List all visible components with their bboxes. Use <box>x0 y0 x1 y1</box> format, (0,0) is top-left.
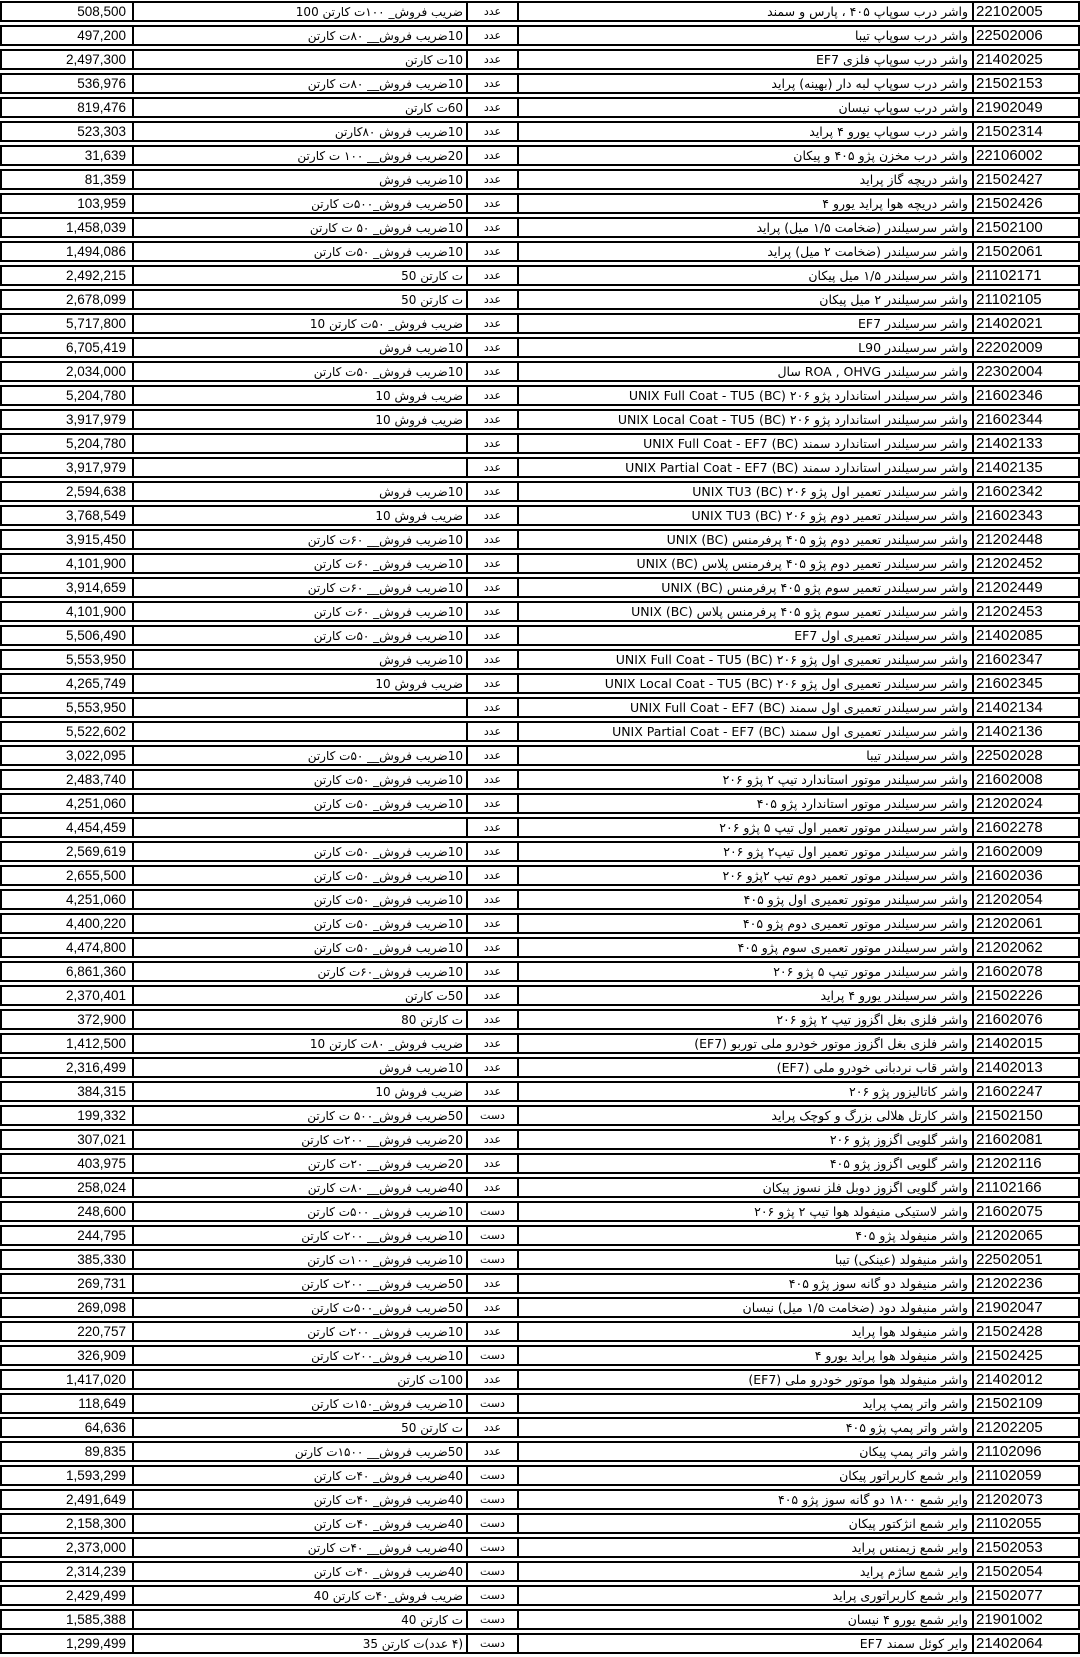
unit-cell: عدد <box>467 169 518 190</box>
description-cell: واشر سرسیلندر تعمیری اول پژو ۲۰۶ (BC) UN… <box>518 673 973 694</box>
packaging-cell <box>133 433 467 454</box>
table-row: 326,90910ضریب فروش_۲۰۰ت کارتندستواشر منی… <box>0 1345 1080 1366</box>
price-cell: 2,316,499 <box>0 1057 133 1078</box>
table-row: 523,30310ضریب فروش ۸۰کارتنعددواشر درب سو… <box>0 121 1080 142</box>
product-code-cell: 21202024 <box>973 793 1080 814</box>
table-row: 2,370,40150ت کارتنعددواشر سرسیلندر یورو … <box>0 985 1080 1006</box>
price-cell: 118,649 <box>0 1393 133 1414</box>
price-cell: 403,975 <box>0 1153 133 1174</box>
description-cell: واشر فلزی بغل اگزوز موتور خودرو ملی تورب… <box>518 1033 973 1054</box>
packaging-cell: 10ضریب فروش_ ۵۰ت کارتن <box>133 361 467 382</box>
description-cell: وایر شمع زیمنس پراید <box>518 1537 973 1558</box>
packaging-cell: 10ضریب فروش_ ۵۰ت کارتن <box>133 625 467 646</box>
unit-cell: عدد <box>467 697 518 718</box>
table-row: 307,02120ضریب فروش__ ۲۰۰ت کارتنعددواشر گ… <box>0 1129 1080 1150</box>
product-code-cell: 21502109 <box>973 1393 1080 1414</box>
product-code-cell: 21602345 <box>973 673 1080 694</box>
unit-cell: عدد <box>467 1297 518 1318</box>
price-cell: 5,553,950 <box>0 697 133 718</box>
description-cell: واشر سرسیلندر موتور تعمیری اول پژو ۴۰۵ <box>518 889 973 910</box>
table-row: 1,412,500ضریب فروش_ ۸۰ت کارتن 10عددواشر … <box>0 1033 1080 1054</box>
unit-cell: عدد <box>467 1273 518 1294</box>
unit-cell: عدد <box>467 457 518 478</box>
unit-cell: عدد <box>467 361 518 382</box>
packaging-cell: ت کارتن 80 <box>133 1009 467 1030</box>
price-cell: 2,569,619 <box>0 841 133 862</box>
table-row: 4,400,22010ضریب فروش_ ۵۰ت کارتنعددواشر س… <box>0 913 1080 934</box>
table-row: 2,314,23940ضریب فروش_ ۴۰ت کارتندستوایر ش… <box>0 1561 1080 1582</box>
unit-cell: عدد <box>467 241 518 262</box>
price-cell: 2,497,300 <box>0 49 133 70</box>
price-cell: 4,474,800 <box>0 937 133 958</box>
product-code-cell: 21202452 <box>973 553 1080 574</box>
description-cell: واشر سرسیلندر تیبا <box>518 745 973 766</box>
packaging-cell: 50ضریب فروش__ ۲۰۰ت کارتن <box>133 1273 467 1294</box>
price-cell: 523,303 <box>0 121 133 142</box>
product-code-cell: 21502054 <box>973 1561 1080 1582</box>
table-row: 3,917,979ضریب فروش 10عددواشر سرسیلندر اس… <box>0 409 1080 430</box>
price-table: 508,500ضریب فروش_ ۱۰۰ت کارتن 100عددواشر … <box>0 0 1080 1657</box>
price-cell: 3,915,450 <box>0 529 133 550</box>
table-row: 1,417,020100ت کارتنعددواشر منیفولد هوا م… <box>0 1369 1080 1390</box>
description-cell: واشر لاستیکی منیفولد هوا تیپ ۲ پژو ۲۰۶ <box>518 1201 973 1222</box>
unit-cell: عدد <box>467 337 518 358</box>
unit-cell: دست <box>467 1609 518 1630</box>
packaging-cell: ضریب فروش 10 <box>133 1081 467 1102</box>
packaging-cell <box>133 721 467 742</box>
description-cell: واشر سرسیلندر تعمیری اول سمند (BC) UNIX … <box>518 697 973 718</box>
price-cell: 2,370,401 <box>0 985 133 1006</box>
packaging-cell: 40ضریب فروش_ ۴۰ت کارتن <box>133 1513 467 1534</box>
product-code-cell: 21502053 <box>973 1537 1080 1558</box>
price-cell: 220,757 <box>0 1321 133 1342</box>
product-code-cell: 21602081 <box>973 1129 1080 1150</box>
product-code-cell: 21602247 <box>973 1081 1080 1102</box>
unit-cell: عدد <box>467 673 518 694</box>
description-cell: واشر منیفولد (عینکی) تیبا <box>518 1249 973 1270</box>
product-code-cell: 21402015 <box>973 1033 1080 1054</box>
price-cell: 3,022,095 <box>0 745 133 766</box>
unit-cell: عدد <box>467 49 518 70</box>
product-code-cell: 21502100 <box>973 217 1080 238</box>
product-code-cell: 21102059 <box>973 1465 1080 1486</box>
table-row: 403,97520ضریب فروش__ ۲۰ت کارتنعددواشر گل… <box>0 1153 1080 1174</box>
description-cell: واشر سرسیلندر موتور تیپ ۵ پژو ۲۰۶ <box>518 961 973 982</box>
price-cell: 269,098 <box>0 1297 133 1318</box>
table-row: 2,158,30040ضریب فروش_ ۴۰ت کارتندستوایر ش… <box>0 1513 1080 1534</box>
packaging-cell: 50ضریب فروش_۵۰۰ت کارتن <box>133 193 467 214</box>
description-cell: واشر منیفولد پژو ۴۰۵ <box>518 1225 973 1246</box>
unit-cell: عدد <box>467 121 518 142</box>
table-row: 4,251,06010ضریب فروش_ ۵۰ت کارتنعددواشر س… <box>0 793 1080 814</box>
price-cell: 269,731 <box>0 1273 133 1294</box>
product-code-cell: 21602344 <box>973 409 1080 430</box>
unit-cell: دست <box>467 1225 518 1246</box>
price-cell: 5,204,780 <box>0 433 133 454</box>
unit-cell: عدد <box>467 721 518 742</box>
price-cell: 64,636 <box>0 1417 133 1438</box>
description-cell: واشر سرسیلندر تعمیر دوم پژو ۲۰۶ (BC) UNI… <box>518 505 973 526</box>
table-row: 248,60010ضریب فروش_ ۵۰۰ت کارتندستواشر لا… <box>0 1201 1080 1222</box>
product-code-cell: 21102105 <box>973 289 1080 310</box>
unit-cell: دست <box>467 1105 518 1126</box>
packaging-cell: 100ت کارتن <box>133 1369 467 1390</box>
table-row: 2,594,63810ضریب فروشعددواشر سرسیلندر تعم… <box>0 481 1080 502</box>
price-cell: 2,158,300 <box>0 1513 133 1534</box>
packaging-cell: ت کارتن 50 <box>133 289 467 310</box>
table-row: 2,429,499ضریب فروش_۴۰ت کارتن 40دستوایر ش… <box>0 1585 1080 1606</box>
unit-cell: عدد <box>467 649 518 670</box>
table-row: 2,497,30010ت کارتنعددواشر درب سوپاپ فلزی… <box>0 49 1080 70</box>
table-row: 3,768,549ضریب فروش 10عددواشر سرسیلندر تع… <box>0 505 1080 526</box>
product-code-cell: 21402012 <box>973 1369 1080 1390</box>
description-cell: واشر دریچه هوا پراید یورو ۴ <box>518 193 973 214</box>
unit-cell: عدد <box>467 409 518 430</box>
description-cell: واشر واتر پمپ پیکان <box>518 1441 973 1462</box>
price-cell: 1,412,500 <box>0 1033 133 1054</box>
unit-cell: دست <box>467 1201 518 1222</box>
description-cell: واشر سرسیلندر ۲ میل پیکان <box>518 289 973 310</box>
description-cell: واشر سرسیلندر موتور تعمیر اول تیپ۲ پژو ۲… <box>518 841 973 862</box>
packaging-cell: 40ضریب فروش__ ۸۰ت کارتن <box>133 1177 467 1198</box>
description-cell: واشر درب سوپاپ لبه دار (بهینه) پراید <box>518 73 973 94</box>
table-row: 4,101,90010ضریب فروش_ ۶۰ت کارتنعددواشر س… <box>0 601 1080 622</box>
packaging-cell: 10ضریب فروش_۶۰ت کارتن <box>133 961 467 982</box>
table-row: 384,315ضریب فروش 10عددواشر کاتالیزور پژو… <box>0 1081 1080 1102</box>
price-cell: 2,655,500 <box>0 865 133 886</box>
price-cell: 3,917,979 <box>0 409 133 430</box>
product-code-cell: 21602075 <box>973 1201 1080 1222</box>
product-code-cell: 22502028 <box>973 745 1080 766</box>
packaging-cell: 10ضریب فروش_ ۱۰۰ت کارتن <box>133 1249 467 1270</box>
unit-cell: عدد <box>467 1369 518 1390</box>
price-table-body: 508,500ضریب فروش_ ۱۰۰ت کارتن 100عددواشر … <box>0 1 1080 1654</box>
packaging-cell: 10ضریب فروش <box>133 649 467 670</box>
packaging-cell: 40ضریب فروش_ ۴۰ت کارتن <box>133 1465 467 1486</box>
product-code-cell: 21502426 <box>973 193 1080 214</box>
description-cell: وایر شمع ۱۸۰۰ دو گانه سوز پژو ۴۰۵ <box>518 1489 973 1510</box>
unit-cell: عدد <box>467 577 518 598</box>
description-cell: واشر سرسیلندر استاندارد پژو ۲۰۶ (BC) UNI… <box>518 385 973 406</box>
table-row: 2,655,50010ضریب فروش_ ۵۰ت کارتنعددواشر س… <box>0 865 1080 886</box>
price-cell: 81,359 <box>0 169 133 190</box>
product-code-cell: 22102005 <box>973 1 1080 22</box>
table-row: 244,79510ضریب فروش__ ۲۰۰ت کارتندستواشر م… <box>0 1225 1080 1246</box>
product-code-cell: 21902049 <box>973 97 1080 118</box>
product-code-cell: 21202116 <box>973 1153 1080 1174</box>
table-row: 103,95950ضریب فروش_۵۰۰ت کارتنعددواشر دری… <box>0 193 1080 214</box>
table-row: 6,705,41910ضریب فروشعددواشر سرسیلندر L90… <box>0 337 1080 358</box>
description-cell: واشر سرسیلندر (ضخامت ۱/۵ میل) پراید <box>518 217 973 238</box>
product-code-cell: 21602342 <box>973 481 1080 502</box>
price-cell: 4,101,900 <box>0 553 133 574</box>
unit-cell: عدد <box>467 1081 518 1102</box>
product-code-cell: 21102055 <box>973 1513 1080 1534</box>
price-cell: 536,976 <box>0 73 133 94</box>
table-row: 2,034,00010ضریب فروش_ ۵۰ت کارتنعددواشر س… <box>0 361 1080 382</box>
price-cell: 326,909 <box>0 1345 133 1366</box>
unit-cell: عدد <box>467 481 518 502</box>
unit-cell: دست <box>467 1585 518 1606</box>
price-cell: 372,900 <box>0 1009 133 1030</box>
price-cell: 4,101,900 <box>0 601 133 622</box>
product-code-cell: 21202205 <box>973 1417 1080 1438</box>
price-cell: 3,768,549 <box>0 505 133 526</box>
packaging-cell: 20ضریب فروش__ ۲۰۰ت کارتن <box>133 1129 467 1150</box>
unit-cell: عدد <box>467 1177 518 1198</box>
price-cell: 248,600 <box>0 1201 133 1222</box>
product-code-cell: 21402021 <box>973 313 1080 334</box>
description-cell: واشر سرسیلندر استاندارد سمند (BC) UNIX F… <box>518 433 973 454</box>
price-cell: 2,034,000 <box>0 361 133 382</box>
product-code-cell: 21202449 <box>973 577 1080 598</box>
product-code-cell: 21602343 <box>973 505 1080 526</box>
unit-cell: عدد <box>467 1417 518 1438</box>
table-row: 220,75710ضریب فروش_ ۲۰۰ت کارتنعددواشر من… <box>0 1321 1080 1342</box>
unit-cell: عدد <box>467 601 518 622</box>
description-cell: واشر کارتل هلالی بزرگ و کوچک پراید <box>518 1105 973 1126</box>
unit-cell: دست <box>467 1633 518 1654</box>
price-cell: 258,024 <box>0 1177 133 1198</box>
description-cell: واشر درب سوپاپ ۴۰۵ ، پارس و سمند <box>518 1 973 22</box>
packaging-cell: 10ضریب فروش <box>133 1057 467 1078</box>
table-row: 4,265,749ضریب فروش 10عددواشر سرسیلندر تع… <box>0 673 1080 694</box>
price-cell: 508,500 <box>0 1 133 22</box>
unit-cell: عدد <box>467 1057 518 1078</box>
table-row: 385,33010ضریب فروش_ ۱۰۰ت کارتندستواشر من… <box>0 1249 1080 1270</box>
price-cell: 1,494,086 <box>0 241 133 262</box>
product-code-cell: 21102096 <box>973 1441 1080 1462</box>
description-cell: واشر درب سوپاپ نیسان <box>518 97 973 118</box>
product-code-cell: 21602278 <box>973 817 1080 838</box>
price-cell: 2,373,000 <box>0 1537 133 1558</box>
packaging-cell: ضریب فروش_ ۱۰۰ت کارتن 100 <box>133 1 467 22</box>
description-cell: واشر سرسیلندر استاندارد پژو ۲۰۶ (BC) UNI… <box>518 409 973 430</box>
packaging-cell: ضریب فروش 10 <box>133 505 467 526</box>
price-cell: 199,332 <box>0 1105 133 1126</box>
unit-cell: عدد <box>467 145 518 166</box>
table-row: 819,47660ت کارتنعددواشر درب سوپاپ نیسان2… <box>0 97 1080 118</box>
price-cell: 5,553,950 <box>0 649 133 670</box>
unit-cell: دست <box>467 1345 518 1366</box>
product-code-cell: 21402134 <box>973 697 1080 718</box>
unit-cell: عدد <box>467 961 518 982</box>
description-cell: واشر کاتالیزور پژو ۲۰۶ <box>518 1081 973 1102</box>
packaging-cell: 10ضریب فروش <box>133 169 467 190</box>
description-cell: واشر گلویی اگزوز پژو ۲۰۶ <box>518 1129 973 1150</box>
packaging-cell: ضریب فروش_ ۸۰ت کارتن 10 <box>133 1033 467 1054</box>
price-cell: 6,861,360 <box>0 961 133 982</box>
packaging-cell: 10ضریب فروش_ ۵۰ت کارتن <box>133 793 467 814</box>
product-code-cell: 21202073 <box>973 1489 1080 1510</box>
product-code-cell: 21602076 <box>973 1009 1080 1030</box>
product-code-cell: 21402013 <box>973 1057 1080 1078</box>
product-code-cell: 21502150 <box>973 1105 1080 1126</box>
price-cell: 2,492,215 <box>0 265 133 286</box>
packaging-cell: ضریب فروش_ ۵۰ت کارتن 10 <box>133 313 467 334</box>
description-cell: واشر سرسیلندر تعمیری اول EF7 <box>518 625 973 646</box>
description-cell: واشر واتر پمپ پژو ۴۰۵ <box>518 1417 973 1438</box>
table-row: 118,64910ضریب فروش_۱۵۰ت کارتندستواشر وات… <box>0 1393 1080 1414</box>
price-cell: 2,483,740 <box>0 769 133 790</box>
table-row: 372,900ت کارتن 80عددواشر فلزی بغل اگزوز … <box>0 1009 1080 1030</box>
table-row: 1,458,03910ضریب فروش_ ۵۰ ت کارتنعددواشر … <box>0 217 1080 238</box>
unit-cell: عدد <box>467 73 518 94</box>
table-row: 5,553,950عددواشر سرسیلندر تعمیری اول سمن… <box>0 697 1080 718</box>
product-code-cell: 21202453 <box>973 601 1080 622</box>
product-code-cell: 21402085 <box>973 625 1080 646</box>
table-row: 2,569,61910ضریب فروش_ ۵۰ت کارتنعددواشر س… <box>0 841 1080 862</box>
packaging-cell: 20ضریب فروش__ ۱۰۰ ت کارتن <box>133 145 467 166</box>
description-cell: واشر درب سوپاپ تیبا <box>518 25 973 46</box>
unit-cell: عدد <box>467 1321 518 1342</box>
product-code-cell: 21502427 <box>973 169 1080 190</box>
table-row: 5,204,780ضریب فروش 10عددواشر سرسیلندر اس… <box>0 385 1080 406</box>
table-row: 89,83550ضریب فروش__ ۱۵۰۰ت کارتنعددواشر و… <box>0 1441 1080 1462</box>
price-cell: 4,251,060 <box>0 793 133 814</box>
packaging-cell: 40ضریب فروش_ ۴۰ت کارتن <box>133 1489 467 1510</box>
packaging-cell: (۴ عدد)ت کارتن 35 <box>133 1633 467 1654</box>
unit-cell: دست <box>467 1513 518 1534</box>
unit-cell: دست <box>467 1489 518 1510</box>
table-row: 2,483,74010ضریب فروش_ ۵۰ت کارتنعددواشر س… <box>0 769 1080 790</box>
description-cell: واشر سرسیلندر ۱/۵ میل پیکان <box>518 265 973 286</box>
price-cell: 4,265,749 <box>0 673 133 694</box>
unit-cell: عدد <box>467 529 518 550</box>
packaging-cell: 10ضریب فروش_ ۶۰ت کارتن <box>133 553 467 574</box>
table-row: 536,97610ضریب فروش__ ۸۰ت کارتنعددواشر در… <box>0 73 1080 94</box>
table-row: 497,20010ضریب فروش__ ۸۰ت کارتنعددواشر در… <box>0 25 1080 46</box>
product-code-cell: 21901002 <box>973 1609 1080 1630</box>
product-code-cell: 21402064 <box>973 1633 1080 1654</box>
unit-cell: عدد <box>467 1441 518 1462</box>
description-cell: واشر منیفولد دود (ضخامت ۱/۵ میل) نیسان <box>518 1297 973 1318</box>
unit-cell: عدد <box>467 97 518 118</box>
table-row: 81,35910ضریب فروشعددواشر دریچه گاز پراید… <box>0 169 1080 190</box>
table-row: 3,914,65910ضریب فروش__ ۶۰ت کارتنعددواشر … <box>0 577 1080 598</box>
description-cell: واشر سرسیلندر تعمیر سوم پژو ۴۰۵ پرفرمنس … <box>518 601 973 622</box>
packaging-cell: 10ضریب فروش__ ۲۰۰ت کارتن <box>133 1225 467 1246</box>
unit-cell: دست <box>467 1561 518 1582</box>
table-row: 3,915,45010ضریب فروش__ ۶۰ت کارتنعددواشر … <box>0 529 1080 550</box>
price-cell: 5,204,780 <box>0 385 133 406</box>
price-cell: 819,476 <box>0 97 133 118</box>
price-cell: 3,914,659 <box>0 577 133 598</box>
table-row: 258,02440ضریب فروش__ ۸۰ت کارتنعددواشر گل… <box>0 1177 1080 1198</box>
unit-cell: عدد <box>467 889 518 910</box>
packaging-cell: 10ضریب فروش_ ۵۰ت کارتن <box>133 889 467 910</box>
description-cell: واشر سرسیلندر استاندارد سمند (BC) UNIX P… <box>518 457 973 478</box>
table-row: 5,522,602عددواشر سرسیلندر تعمیری اول سمن… <box>0 721 1080 742</box>
description-cell: واشر درب سوپاپ یورو ۴ پراید <box>518 121 973 142</box>
description-cell: واشر گلویی اگزوز پژو ۴۰۵ <box>518 1153 973 1174</box>
packaging-cell: 40ضریب فروش_ ۴۰ت کارتن <box>133 1561 467 1582</box>
packaging-cell: 10ضریب فروش__ ۸۰ت کارتن <box>133 25 467 46</box>
table-row: 5,717,800ضریب فروش_ ۵۰ت کارتن 10عددواشر … <box>0 313 1080 334</box>
packaging-cell: ضریب فروش_۴۰ت کارتن 40 <box>133 1585 467 1606</box>
price-cell: 2,678,099 <box>0 289 133 310</box>
description-cell: واشر سرسیلندر L90 <box>518 337 973 358</box>
packaging-cell: ت کارتن 50 <box>133 265 467 286</box>
unit-cell: عدد <box>467 793 518 814</box>
product-code-cell: 22202009 <box>973 337 1080 358</box>
unit-cell: عدد <box>467 265 518 286</box>
description-cell: واشر سرسیلندر موتور تعمیری دوم پژو ۴۰۵ <box>518 913 973 934</box>
table-row: 2,316,49910ضریب فروشعددواشر قاب نردبانی … <box>0 1057 1080 1078</box>
table-row: 269,73150ضریب فروش__ ۲۰۰ت کارتنعددواشر م… <box>0 1273 1080 1294</box>
description-cell: واشر سرسیلندر تعمیر دوم پژو ۴۰۵ پرفرمنس … <box>518 553 973 574</box>
description-cell: واشر قاب نردبانی خودرو ملی (EF7) <box>518 1057 973 1078</box>
description-cell: وایر شمع ساژم پراید <box>518 1561 973 1582</box>
product-code-cell: 21202061 <box>973 913 1080 934</box>
table-row: 5,553,95010ضریب فروشعددواشر سرسیلندر تعم… <box>0 649 1080 670</box>
packaging-cell: 50ضریب فروش_۵۰۰ ت کارتن <box>133 1105 467 1126</box>
packaging-cell: 10ضریب فروش_۲۰۰ت کارتن <box>133 1345 467 1366</box>
packaging-cell: 10ضریب فروش_ ۵۰ت کارتن <box>133 937 467 958</box>
table-row: 3,022,09510ضریب فروش__ ۵۰ت کارتنعددواشر … <box>0 745 1080 766</box>
price-cell: 5,522,602 <box>0 721 133 742</box>
unit-cell: عدد <box>467 769 518 790</box>
packaging-cell: ضریب فروش 10 <box>133 673 467 694</box>
description-cell: واشر سرسیلندر موتور استاندارد تیپ ۲ پژو … <box>518 769 973 790</box>
price-cell: 2,491,649 <box>0 1489 133 1510</box>
table-row: 2,491,64940ضریب فروش_ ۴۰ت کارتندستوایر ش… <box>0 1489 1080 1510</box>
product-code-cell: 21602347 <box>973 649 1080 670</box>
unit-cell: عدد <box>467 1009 518 1030</box>
product-code-cell: 21202236 <box>973 1273 1080 1294</box>
table-row: 2,492,215ت کارتن 50عددواشر سرسیلندر ۱/۵ … <box>0 265 1080 286</box>
packaging-cell: 10ضریب فروش_ ۶۰ت کارتن <box>133 601 467 622</box>
price-cell: 244,795 <box>0 1225 133 1246</box>
unit-cell: عدد <box>467 553 518 574</box>
table-row: 4,101,90010ضریب فروش_ ۶۰ت کارتنعددواشر س… <box>0 553 1080 574</box>
product-code-cell: 21402025 <box>973 49 1080 70</box>
description-cell: واشر منیفولد هوا پراید <box>518 1321 973 1342</box>
price-cell: 384,315 <box>0 1081 133 1102</box>
description-cell: واشر منیفولد هوا موتور خودرو ملی (EF7) <box>518 1369 973 1390</box>
packaging-cell: ت کارتن 40 <box>133 1609 467 1630</box>
price-cell: 5,506,490 <box>0 625 133 646</box>
packaging-cell: 10ضریب فروش_ ۲۰۰ت کارتن <box>133 1321 467 1342</box>
description-cell: وایر شمع کاربراتوری پراید <box>518 1585 973 1606</box>
description-cell: واشر درب مخزن پژو ۴۰۵ و پیکان <box>518 145 973 166</box>
unit-cell: عدد <box>467 745 518 766</box>
table-row: 3,917,979عددواشر سرسیلندر استاندارد سمند… <box>0 457 1080 478</box>
description-cell: وایر شمع انژکتور پیکان <box>518 1513 973 1534</box>
packaging-cell: 10ضریب فروش_ ۵۰ت کارتن <box>133 241 467 262</box>
table-row: 6,861,36010ضریب فروش_۶۰ت کارتنعددواشر سر… <box>0 961 1080 982</box>
packaging-cell: 10ضریب فروش__ ۵۰ت کارتن <box>133 745 467 766</box>
table-row: 5,204,780عددواشر سرسیلندر استاندارد سمند… <box>0 433 1080 454</box>
product-code-cell: 22502051 <box>973 1249 1080 1270</box>
price-cell: 2,429,499 <box>0 1585 133 1606</box>
description-cell: واشر گلویی اگزوز دوبل فلز نسوز پیکان <box>518 1177 973 1198</box>
table-row: 2,373,00040ضریب فروش__ ۴۰ت کارتندستوایر … <box>0 1537 1080 1558</box>
product-code-cell: 22502006 <box>973 25 1080 46</box>
description-cell: واشر سرسیلندر ROA , OHVG سال <box>518 361 973 382</box>
unit-cell: عدد <box>467 1033 518 1054</box>
description-cell: واشر واتر پمپ پراید <box>518 1393 973 1414</box>
price-cell: 1,299,499 <box>0 1633 133 1654</box>
packaging-cell: 10ضریب فروش_ ۵۰ت کارتن <box>133 841 467 862</box>
packaging-cell: ضریب فروش 10 <box>133 385 467 406</box>
price-cell: 2,314,239 <box>0 1561 133 1582</box>
table-row: 508,500ضریب فروش_ ۱۰۰ت کارتن 100عددواشر … <box>0 1 1080 22</box>
price-cell: 5,717,800 <box>0 313 133 334</box>
price-cell: 4,251,060 <box>0 889 133 910</box>
price-cell: 4,400,220 <box>0 913 133 934</box>
description-cell: واشر سرسیلندر یورو ۴ پراید <box>518 985 973 1006</box>
